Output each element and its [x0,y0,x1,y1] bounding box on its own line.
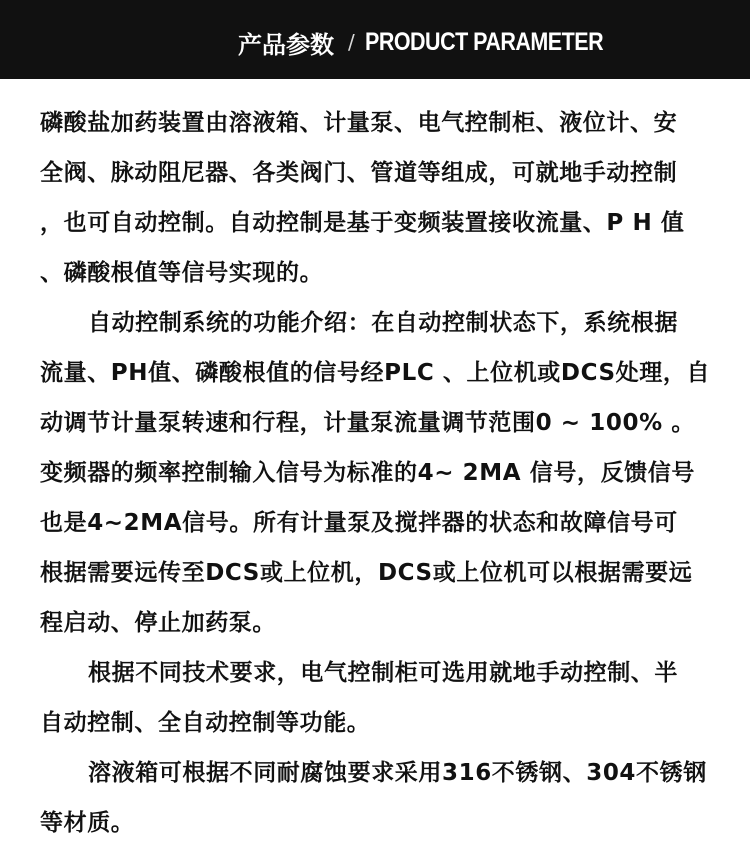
text-line: 根据不同技术要求，电气控制柜可选用就地手动控制、半 [40,648,730,698]
text-line: 等材质。 [40,798,730,848]
title-chinese: 产品参数 [238,25,334,60]
text-line: 、磷酸根值等信号实现的。 [40,248,730,298]
paragraph-auto-control: 自动控制系统的功能介绍：在自动控制状态下，系统根据 流量、PH值、磷酸根值的信号… [40,298,730,648]
text-line: 磷酸盐加药装置由溶液箱、计量泵、电气控制柜、液位计、安 [40,98,730,148]
text-line: 根据需要远传至DCS或上位机，DCS或上位机可以根据需要远 [40,548,730,598]
text-line: 变频器的频率控制输入信号为标准的4~ 2MA 信号，反馈信号 [40,448,730,498]
section-title: 产品参数 / PRODUCT PARAMETER [238,22,642,62]
text-line: 程启动、停止加药泵。 [40,598,730,648]
text-line: 动调节计量泵转速和行程，计量泵流量调节范围0 ~ 100% 。 [40,398,730,448]
text-line: 流量、PH值、磷酸根值的信号经PLC 、上位机或DCS处理，自 [40,348,730,398]
text-line: 自动控制、全自动控制等功能。 [40,698,730,748]
text-line: 也是4~2MA信号。所有计量泵及搅拌器的状态和故障信号可 [40,498,730,548]
title-english: PRODUCT PARAMETER [365,28,603,57]
title-separator: / [348,30,355,54]
paragraph-overview: 磷酸盐加药装置由溶液箱、计量泵、电气控制柜、液位计、安 全阀、脉动阻尼器、各类阀… [40,98,730,298]
text-line: ，也可自动控制。自动控制是基于变频装置接收流量、P H 值 [40,198,730,248]
section-header: 产品参数 / PRODUCT PARAMETER [0,0,750,79]
article-body: 磷酸盐加药装置由溶液箱、计量泵、电气控制柜、液位计、安 全阀、脉动阻尼器、各类阀… [40,98,730,848]
text-line: 溶液箱可根据不同耐腐蚀要求采用316不锈钢、304不锈钢 [40,748,730,798]
paragraph-control-cabinet: 根据不同技术要求，电气控制柜可选用就地手动控制、半 自动控制、全自动控制等功能。 [40,648,730,748]
text-line: 自动控制系统的功能介绍：在自动控制状态下，系统根据 [40,298,730,348]
paragraph-tank-material: 溶液箱可根据不同耐腐蚀要求采用316不锈钢、304不锈钢 等材质。 [40,748,730,848]
text-line: 全阀、脉动阻尼器、各类阀门、管道等组成，可就地手动控制 [40,148,730,198]
